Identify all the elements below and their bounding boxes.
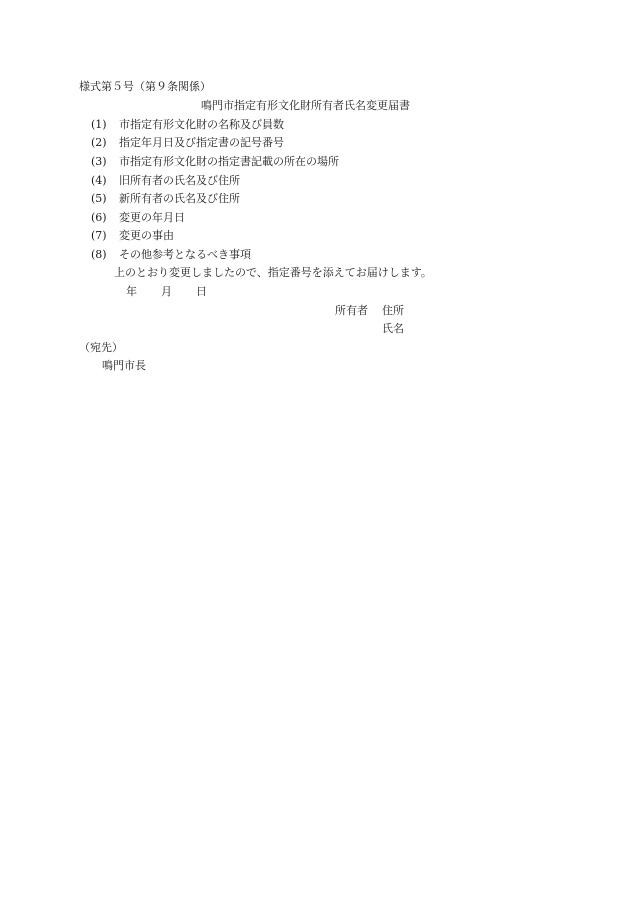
addressee: 鳴門市長	[102, 359, 146, 373]
item-text: 旧所有者の氏名及び住所	[119, 174, 240, 188]
item-text: 指定年月日及び指定書の記号番号	[119, 136, 284, 150]
item-number: (3)	[91, 155, 107, 169]
item-number: (5)	[91, 192, 107, 206]
item-text: その他参考となるべき事項	[119, 248, 251, 262]
item-number: (1)	[91, 118, 107, 132]
date-year-label: 年	[126, 285, 137, 299]
item-number: (4)	[91, 174, 107, 188]
item-number: (2)	[91, 136, 107, 150]
owner-label: 所有者	[335, 304, 368, 318]
date-day-label: 日	[196, 285, 207, 299]
form-label: 様式第５号（第９条関係）	[79, 80, 211, 94]
date-month-label: 月	[161, 285, 172, 299]
addressee-label: （宛先）	[79, 341, 123, 355]
owner-address-label: 住所	[382, 304, 404, 318]
item-number: (7)	[91, 229, 107, 243]
owner-name-label: 氏名	[382, 322, 404, 336]
item-text: 新所有者の氏名及び住所	[119, 192, 240, 206]
item-text: 市指定有形文化財の指定書記載の所在の場所	[119, 155, 339, 169]
document-page: 様式第５号（第９条関係） 鳴門市指定有形文化財所有者氏名変更届書 (1) 市指定…	[0, 0, 630, 903]
item-number: (8)	[91, 248, 107, 262]
document-title: 鳴門市指定有形文化財所有者氏名変更届書	[201, 99, 410, 113]
item-number: (6)	[91, 211, 107, 225]
item-text: 変更の年月日	[119, 211, 185, 225]
item-text: 変更の事由	[119, 229, 174, 243]
item-text: 市指定有形文化財の名称及び員数	[119, 118, 284, 132]
statement-text: 上のとおり変更しましたので、指定番号を添えてお届けします。	[114, 266, 432, 280]
